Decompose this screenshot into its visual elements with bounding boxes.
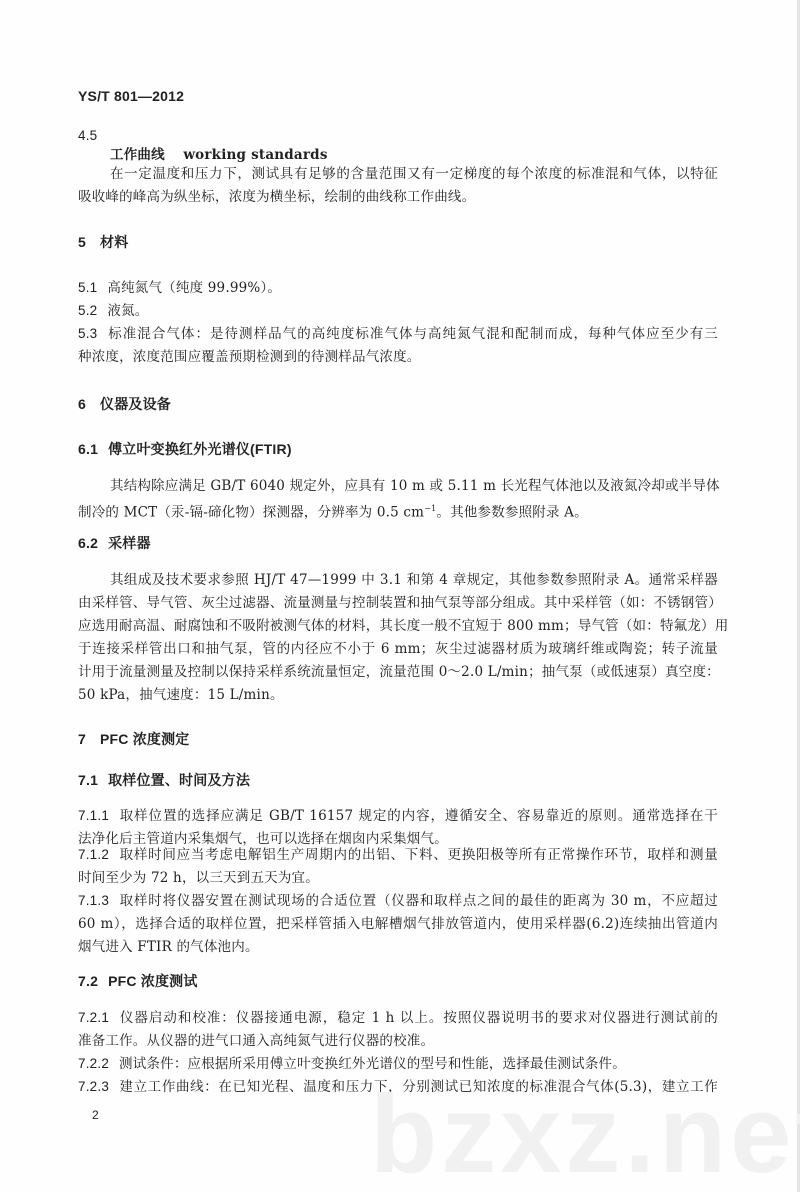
item-7-2-1-line2: 准备工作。从仪器的进气口通入高纯氮气进行仪器的校准。 (78, 1033, 434, 1049)
item-7-1-3-line3: 烟气进入 FTIR 的气体池内。 (78, 939, 259, 955)
section-7-2-heading: 7.2PFC 浓度测试 (78, 973, 198, 989)
item-7-1-3-line2: 60 m），选择合适的取样位置，把采样管插入电解槽烟气排放管道内，使用采样器(6… (78, 916, 718, 932)
section-6-1-heading: 6.1傅立叶变换红外光谱仪(FTIR) (78, 441, 292, 457)
term-definition-line1: 在一定温度和压力下，测试具有足够的含量范围又有一定梯度的每个浓度的标准混和气体，… (110, 166, 718, 182)
term-en: working standards (183, 147, 327, 163)
section-6-2-line5: 计用于流量测量及控制以保持采样系统流量恒定，流量范围 0～2.0 L/min；抽… (78, 664, 718, 680)
document-page: YS/T 801—2012 4.5 工作曲线 working standards… (0, 0, 800, 1192)
item-7-1-1: 7.1.1取样位置的选择应满足 GB/T 16157 规定的内容，遵循安全、容易… (78, 808, 718, 824)
item-5-3-line2: 种浓度，浓度范围应覆盖预期检测到的待测样品气浓度。 (78, 349, 421, 365)
item-5-2: 5.2液氮。 (78, 303, 148, 319)
section-6-2-heading: 6.2采样器 (78, 535, 151, 551)
section-7-1-heading: 7.1取样位置、时间及方法 (78, 772, 250, 788)
section-5-heading: 5材料 (78, 234, 128, 250)
item-7-1-1-line2: 法净化后主管道内采集烟气，也可以选择在烟囱内采集烟气。 (78, 831, 448, 847)
standard-code: YS/T 801—2012 (78, 88, 184, 104)
term-number: 4.5 (78, 128, 97, 144)
item-5-1: 5.1高纯氮气（纯度 99.99%）。 (78, 280, 281, 296)
term-heading: 工作曲线 working standards (110, 147, 328, 163)
section-6-heading: 6仪器及设备 (78, 396, 171, 412)
section-6-1-line1: 其结构除应满足 GB/T 6040 规定外，应具有 10 m 或 5.11 m … (110, 478, 718, 494)
section-6-2-line3: 应选用耐高温、耐腐蚀和不吸附被测气体的材料，其长度一般不宜短于 800 mm；导… (78, 618, 718, 634)
section-6-2-line6: 50 kPa，抽气速度：15 L/min。 (78, 687, 284, 703)
item-5-3: 5.3标准混合气体：是待测样品气的高纯度标准气体与高纯氮气混和配制而成，每种气体… (78, 326, 718, 342)
term-zh: 工作曲线 (110, 147, 165, 163)
section-6-1-line2: 制冷的 MCT（汞-镉-碲化物）探测器，分辨率为 0.5 cm−1。其他参数参照… (78, 501, 588, 521)
item-7-1-2: 7.1.2取样时间应当考虑电解铝生产周期内的出铝、下料、更换阳极等所有正常操作环… (78, 847, 718, 863)
item-7-1-3: 7.1.3取样时将仪器安置在测试现场的合适位置（仪器和取样点之间的最佳的距离为 … (78, 893, 718, 909)
section-6-2-line2: 由采样管、导气管、灰尘过滤器、流量测量与控制装置和抽气泵等部分组成。其中采样管（… (78, 595, 718, 611)
section-6-2-line1: 其组成及技术要求参照 HJ/T 47—1999 中 3.1 和第 4 章规定，其… (110, 572, 718, 588)
section-7-heading: 7PFC 浓度测定 (78, 731, 190, 747)
term-definition-line2: 吸收峰的峰高为纵坐标，浓度为横坐标，绘制的曲线称工作曲线。 (78, 189, 475, 205)
watermark: bzxz.net (370, 1080, 800, 1190)
item-7-2-1: 7.2.1仪器启动和校准：仪器接通电源，稳定 1 h 以上。按照仪器说明书的要求… (78, 1010, 718, 1026)
item-7-2-2: 7.2.2测试条件：应根据所采用傅立叶变换红外光谱仪的型号和性能，选择最佳测试条… (78, 1056, 626, 1072)
page-number: 2 (92, 1107, 99, 1123)
item-7-1-2-line2: 时间至少为 72 h，以三天到五天为宜。 (78, 870, 319, 886)
section-6-2-line4: 于连接采样管出口和抽气泵，管的内径应不小于 6 mm；灰尘过滤器材质为玻璃纤维或… (78, 641, 718, 657)
